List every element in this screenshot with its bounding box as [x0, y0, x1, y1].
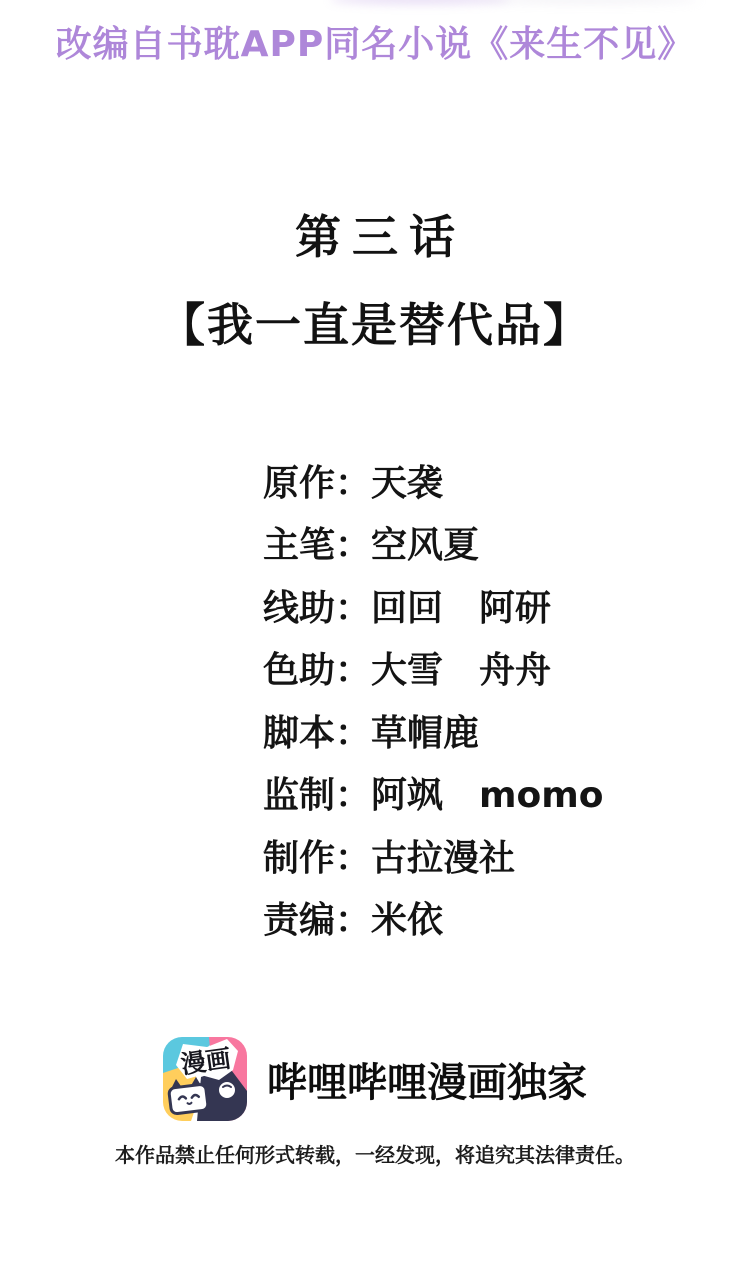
- credit-row-supervisors: 监制：阿飒 momo: [263, 762, 604, 825]
- credit-separator: ：: [335, 892, 371, 943]
- artifact-blob: [330, 0, 510, 4]
- credit-names: 天袭: [371, 455, 443, 506]
- chapter-subtitle: 【我一直是替代品】: [0, 289, 750, 355]
- top-edge-artifact: [0, 0, 750, 6]
- credits-list: 原作：天袭 主笔：空风夏 线助：回回 阿研 色助：大雪 舟舟 脚本：草帽鹿 监制…: [263, 449, 604, 949]
- credit-role: 色助: [263, 642, 335, 693]
- credit-role: 原作: [263, 455, 335, 506]
- credit-row-editor: 责编：米依: [263, 887, 604, 950]
- credit-separator: ：: [335, 642, 371, 693]
- credit-names: 米依: [371, 892, 443, 943]
- credit-names: 古拉漫社: [371, 830, 515, 881]
- credit-row-production: 制作：古拉漫社: [263, 824, 604, 887]
- publisher-name: 哔哩哔哩漫画独家: [267, 1051, 587, 1108]
- publisher-row: 漫画 哔哩哔哩漫画独家: [0, 1037, 750, 1121]
- credit-names: 阿飒 momo: [371, 767, 604, 818]
- credit-names: 草帽鹿: [371, 705, 479, 756]
- credit-names: 空风夏: [371, 517, 479, 568]
- credit-separator: ：: [335, 455, 371, 506]
- credit-separator: ：: [335, 767, 371, 818]
- credit-separator: ：: [335, 705, 371, 756]
- credit-row-lead-artist: 主笔：空风夏: [263, 512, 604, 575]
- credit-separator: ：: [335, 580, 371, 631]
- credit-row-original-author: 原作：天袭: [263, 449, 604, 512]
- credit-role: 制作: [263, 830, 335, 881]
- credit-names: 大雪 舟舟: [371, 642, 551, 693]
- artifact-blob: [480, 0, 700, 3]
- adaptation-notice: 改编自书耽APP同名小说《来生不见》: [0, 16, 750, 67]
- credit-row-line-assistants: 线助：回回 阿研: [263, 574, 604, 637]
- credit-row-color-assistants: 色助：大雪 舟舟: [263, 637, 604, 700]
- credit-names: 回回 阿研: [371, 580, 551, 631]
- manga-credits-page: 改编自书耽APP同名小说《来生不见》 第三话 【我一直是替代品】 原作：天袭 主…: [0, 0, 750, 1280]
- credit-separator: ：: [335, 517, 371, 568]
- credit-role: 主笔: [263, 517, 335, 568]
- credit-role: 责编: [263, 892, 335, 943]
- copyright-notice: 本作品禁止任何形式转载，一经发现，将追究其法律责任。: [0, 1139, 750, 1168]
- credit-separator: ：: [335, 830, 371, 881]
- credit-role: 监制: [263, 767, 335, 818]
- chapter-number: 第三话: [0, 201, 750, 267]
- bilibili-manga-logo-icon: 漫画: [163, 1037, 247, 1121]
- credit-role: 线助: [263, 580, 335, 631]
- credit-row-script: 脚本：草帽鹿: [263, 699, 604, 762]
- credit-role: 脚本: [263, 705, 335, 756]
